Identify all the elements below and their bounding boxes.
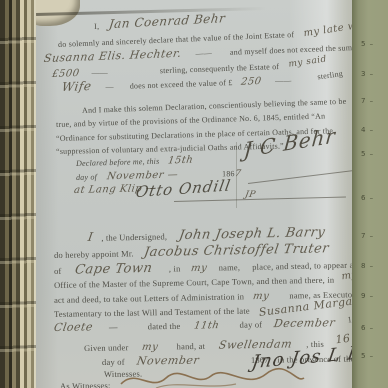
printed-text: sterling <box>316 69 343 81</box>
adjacent-ledger-page: 5 – 3 – 7 – 4 – 5 – 6 – 7 – 8 – 9 – 6 – … <box>352 0 388 388</box>
printed-dash: — <box>109 322 118 332</box>
printed-dash: —— <box>275 76 292 86</box>
book-page-edges <box>0 0 38 388</box>
printed-text: As Witnesses: <box>60 380 111 388</box>
margin-number: 3 – <box>361 70 374 78</box>
handwritten-initial: I <box>87 230 94 244</box>
printed-text: , the Undersigned, <box>101 231 167 242</box>
printed-text: dated the <box>148 321 181 332</box>
margin-number: 6 – <box>361 194 374 202</box>
printed-text: day of <box>240 319 263 329</box>
principal-signature-line: Jno Jos L Barry <box>252 352 352 373</box>
margin-number: 4 – <box>361 126 374 134</box>
margin-number: 8 – <box>361 262 374 270</box>
handwritten-deceased-surname: Cloete <box>53 320 94 334</box>
margin-number: 7 – <box>361 97 374 105</box>
margin-number: 5 – <box>361 352 374 360</box>
document-page: I, Jan Coenrad Behr do solemnly and sinc… <box>36 0 352 388</box>
handwritten-text: my said <box>288 54 328 69</box>
printed-text: do hereby appoint Mr. <box>54 248 134 260</box>
handwritten-my: my <box>341 269 352 282</box>
margin-number: 9 – <box>361 292 374 300</box>
signature-underline <box>248 168 352 184</box>
handwritten-date-day: 11th <box>194 320 221 331</box>
margin-number: 6 – <box>361 324 374 332</box>
margin-number: 7 – <box>361 232 374 240</box>
printed-dash: —— <box>195 49 212 59</box>
photograph-of-bound-document: I, Jan Coenrad Behr do solemnly and sinc… <box>0 0 388 388</box>
declarant-signature-line: J C Behr <box>244 138 337 162</box>
margin-number: 5 – <box>361 150 374 158</box>
printed-dash: — <box>105 82 114 91</box>
as-witnesses-line: As Witnesses: <box>60 375 111 388</box>
handwritten-date-month: December <box>273 316 336 330</box>
printed-text: I, <box>94 22 100 31</box>
handwritten-wife-word: Wife <box>61 79 92 94</box>
printed-text: does not exceed the value of £ <box>130 78 233 91</box>
handwritten-value: 250 <box>240 76 262 88</box>
margin-number: 5 – <box>361 40 374 48</box>
handwritten-text: my late wife <box>303 18 352 39</box>
handwritten-year-digit: 7 <box>234 169 242 179</box>
